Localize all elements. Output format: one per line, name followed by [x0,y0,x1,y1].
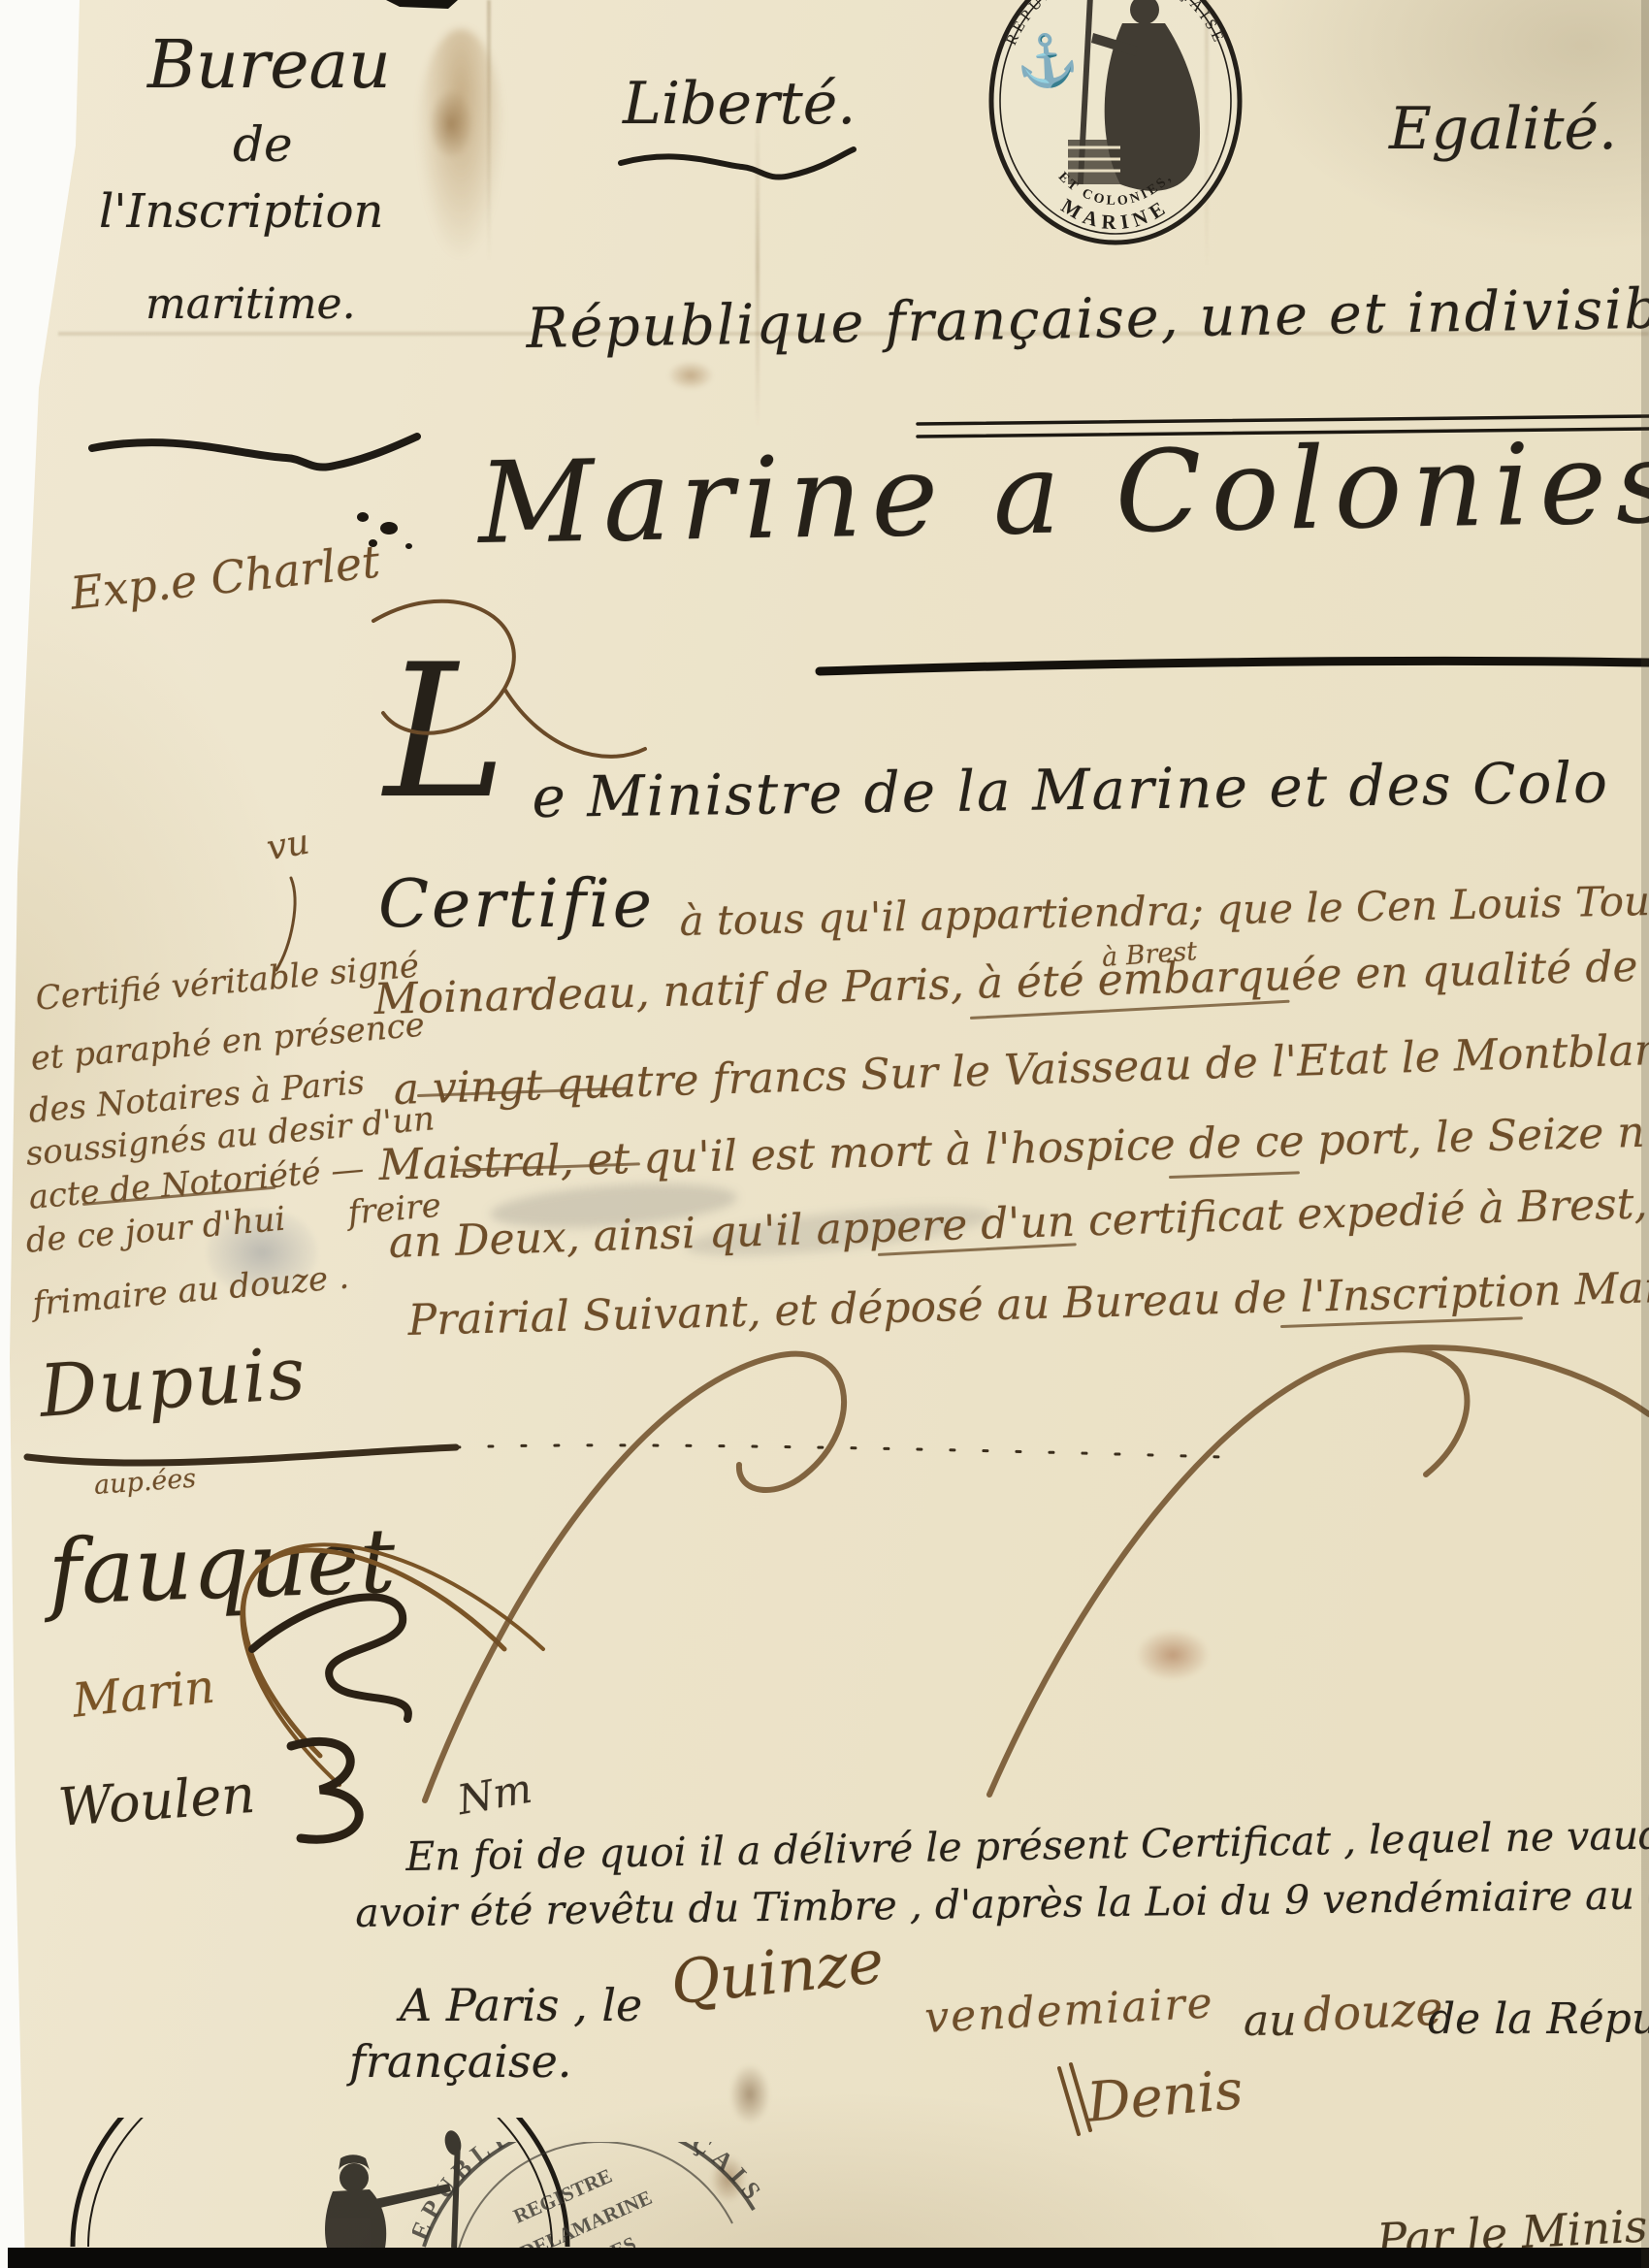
scanner-bottom-edge [8,2248,1649,2268]
grand-swash-right [989,1347,1649,1795]
expedition-flourish [373,601,645,757]
circular-stamp-inner-3: LES [595,2232,639,2249]
denis-slashes [1059,2064,1090,2134]
title-rule [820,661,1649,671]
grand-swash-left [425,1354,844,1800]
scanned-document-page: Bureau de l'Inscription maritime. Libert… [0,0,1649,2268]
vu-stroke [276,878,295,970]
bureau-flourish [92,437,417,468]
dupuis-underline-dotted [456,1445,1222,1457]
dupuis-underline [27,1447,456,1463]
fauquet-paraph-loop-2 [242,1544,543,1785]
ink-flourishes [0,0,1649,2268]
liberte-flourish [621,149,854,178]
fauquet-paraph-loop-1 [243,1550,504,1756]
scan-edge-artifact [386,0,458,9]
republique-double-rule-2 [918,429,1649,437]
circular-ink-stamp: RÉPUBLIQUE FRANÇAISE REGISTRE DELAMARINE… [412,2142,781,2249]
woulen-paraph [291,1741,359,1839]
republique-double-rule-1 [918,416,1649,424]
